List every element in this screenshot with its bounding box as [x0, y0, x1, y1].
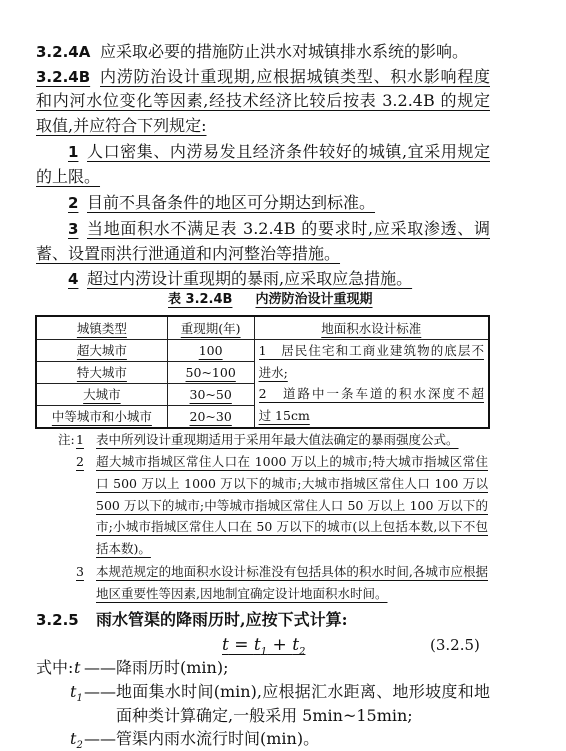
cell-city-type: 中等城市和小城市	[36, 406, 167, 429]
formula: t = t1 + t2	[222, 634, 305, 663]
dash: ——	[84, 657, 116, 679]
standard-line: 2 道路中一条车道的积水深度不超	[259, 383, 484, 405]
clause-text: 应采取必要的措施防止洪水对城镇排水系统的影响。	[100, 41, 468, 63]
table-header-row: 城镇类型 重现期(年) 地面积水设计标准	[36, 316, 489, 340]
cell-return-period: 30~50	[167, 384, 254, 406]
dash: ——	[84, 681, 116, 703]
note-line: 市;小城市指城区常住人口在 50 万以下的城市(以上包括本数,以下不包	[96, 518, 488, 536]
clause-text-line: 取值,并应符合下列规定:	[36, 115, 206, 137]
standard-line: 进水;	[259, 362, 484, 384]
header-city-type: 城镇类型	[36, 316, 167, 340]
clause-number: 3.2.4A	[36, 41, 90, 63]
header-return-period: 重现期(年)	[167, 316, 254, 340]
item-text-line: 蓄、设置雨洪行泄通道和内河整治等措施。	[36, 243, 340, 265]
note-number: 1	[76, 431, 84, 449]
cell-return-period: 50~100	[167, 362, 254, 384]
cell-city-type: 大城市	[36, 384, 167, 406]
return-period-table: 城镇类型 重现期(年) 地面积水设计标准 超大城市 100 1 居民住宅和工商业…	[35, 315, 490, 429]
note-line: 括本数)。	[96, 540, 151, 558]
item-text-line: 人口密集、内涝易发且经济条件较好的城镇,宜采用规定	[87, 141, 490, 163]
symbol: t	[74, 657, 80, 679]
clause-text-line: 内涝防治设计重现期,应根据城镇类型、积水影响程度	[100, 66, 490, 88]
header-standard: 地面积水设计标准	[254, 316, 489, 340]
table-row: 超大城市 100 1 居民住宅和工商业建筑物的底层不 进水; 2 道路中一条车道…	[36, 340, 489, 362]
item-text-line: 超过内涝设计重现期的暴雨,应采取应急措施。	[87, 268, 412, 290]
table-caption-number: 表 3.2.4B	[168, 292, 232, 307]
item-text-line: 当地面积水不满足表 3.2.4B 的要求时,应采取渗透、调	[87, 218, 490, 240]
symbol: t1	[70, 681, 83, 703]
item-number: 2	[68, 192, 78, 214]
note-line: 超大城市指城区常住人口在 1000 万以上的城市;特大城市指城区常住人	[96, 453, 488, 471]
table-caption: 表 3.2.4B 内涝防治设计重现期	[168, 291, 373, 309]
clause-number: 3.2.4B	[36, 66, 90, 88]
clause-number: 3.2.5	[36, 609, 79, 631]
table-caption-title: 内涝防治设计重现期	[256, 292, 373, 307]
dash: ——	[84, 728, 116, 750]
standard-line: 过 15cm	[259, 405, 484, 427]
note-line: 表中所列设计重现期适用于采用年最大值法确定的暴雨强度公式。	[96, 431, 459, 449]
cell-return-period: 20~30	[167, 406, 254, 429]
item-number: 4	[68, 268, 78, 290]
note-line: 本规范规定的地面积水设计标准没有包括具体的积水时间,各城市应根据	[96, 563, 488, 581]
note-number: 2	[76, 453, 84, 471]
item-number: 3	[68, 218, 78, 240]
equation-number: (3.2.5)	[430, 634, 480, 656]
clause-text: 雨水管渠的降雨历时,应按下式计算:	[96, 609, 347, 631]
cell-standard: 1 居民住宅和工商业建筑物的底层不 进水; 2 道路中一条车道的积水深度不超 过…	[254, 340, 489, 429]
note-line: 500 万以下的城市;中等城市指城区常住人口 50 万以上 100 万以下的城	[96, 497, 488, 515]
cell-return-period: 100	[167, 340, 254, 362]
cell-city-type: 超大城市	[36, 340, 167, 362]
item-text-line: 的上限。	[36, 166, 100, 188]
symbol: t2	[70, 728, 83, 750]
note-line: 地区重要性等因素,因地制宜确定设计地面积水时间。	[96, 585, 387, 603]
where-label: 式中:	[36, 657, 73, 679]
item-number: 1	[68, 141, 78, 163]
clause-text-line: 和内河水位变化等因素,经技术经济比较后按表 3.2.4B 的规定	[36, 90, 490, 112]
notes-label: 注:	[58, 431, 75, 449]
definition-line: 管渠内雨水流行时间(min)。	[116, 728, 319, 750]
definition-line: 地面集水时间(min),应根据汇水距离、地形坡度和地	[116, 681, 490, 703]
standard-line: 1 居民住宅和工商业建筑物的底层不	[259, 340, 484, 362]
note-line: 口 500 万以上 1000 万以下的城市;大城市指城区常住人口 100 万以上	[96, 475, 488, 493]
cell-city-type: 特大城市	[36, 362, 167, 384]
definition-line: 面种类计算确定,一般采用 5min~15min;	[116, 705, 413, 727]
note-number: 3	[76, 563, 84, 581]
item-text-line: 目前不具备条件的地区可分期达到标准。	[87, 192, 375, 214]
definition-line: 降雨历时(min);	[116, 657, 228, 679]
